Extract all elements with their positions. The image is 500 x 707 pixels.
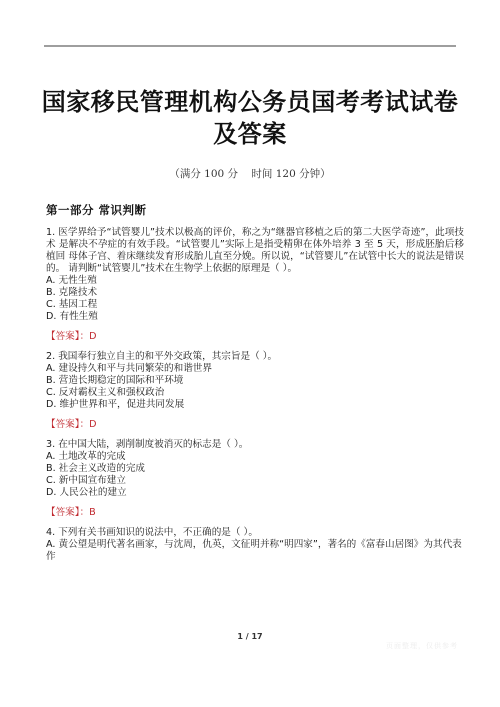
- answer-line: 【答案】：B: [46, 507, 464, 519]
- answer-value: D: [89, 331, 96, 342]
- option-c: C. 基因工程: [46, 299, 464, 311]
- option-a: A. 建设持久和平与共同繁荣的和谐世界: [46, 363, 464, 375]
- option-d: D. 维护世界和平，促进共同发展: [46, 399, 464, 411]
- answer-line: 【答案】：D: [46, 419, 464, 431]
- option-a: A. 土地改革的完成: [46, 451, 464, 463]
- question-stem: 2. 我国奉行独立自主的和平外交政策，其宗旨是（ ）。: [46, 351, 464, 363]
- question-4: 4. 下列有关书画知识的说法中，不正确的是（ ）。 A. 黄公望是明代著名画家，…: [46, 527, 464, 563]
- option-a: A. 黄公望是明代著名画家，与沈周，仇英，文征明并称“明四家”，著名的《富春山居…: [46, 539, 464, 563]
- option-d: D. 人民公社的建立: [46, 487, 464, 499]
- page-number: 1 / 17: [0, 632, 500, 641]
- answer-line: 【答案】：D: [46, 331, 464, 343]
- question-stem: 1. 医学界给予“试管婴儿”技术以极高的评价，称之为“继器官移植之后的第二大医学…: [46, 227, 464, 275]
- question-list: 1. 医学界给予“试管婴儿”技术以极高的评价，称之为“继器官移植之后的第二大医学…: [46, 227, 464, 563]
- option-b: B. 克隆技术: [46, 287, 464, 299]
- question-stem: 4. 下列有关书画知识的说法中，不正确的是（ ）。: [46, 527, 464, 539]
- option-d: D. 有性生殖: [46, 311, 464, 323]
- header-rule: [44, 45, 456, 47]
- question-2: 2. 我国奉行独立自主的和平外交政策，其宗旨是（ ）。 A. 建设持久和平与共同…: [46, 351, 464, 431]
- section-heading: 第一部分 常识判断: [46, 202, 147, 218]
- answer-label: 【答案】：: [46, 419, 89, 430]
- answer-label: 【答案】：: [46, 331, 89, 342]
- option-b: B. 社会主义改造的完成: [46, 463, 464, 475]
- question-1: 1. 医学界给予“试管婴儿”技术以极高的评价，称之为“继器官移植之后的第二大医学…: [46, 227, 464, 343]
- question-3: 3. 在中国大陆，剥削制度被消灭的标志是（ ）。 A. 土地改革的完成 B. 社…: [46, 439, 464, 519]
- watermark: 页面整理，仅供参考: [386, 641, 458, 651]
- option-b: B. 营造长期稳定的国际和平环境: [46, 375, 464, 387]
- question-stem: 3. 在中国大陆，剥削制度被消灭的标志是（ ）。: [46, 439, 464, 451]
- option-c: C. 新中国宣布建立: [46, 475, 464, 487]
- answer-label: 【答案】：: [46, 507, 89, 518]
- answer-value: D: [89, 419, 96, 430]
- exam-info: （满分 100 分 时间 120 分钟）: [0, 166, 500, 181]
- option-c: C. 反对霸权主义和强权政治: [46, 387, 464, 399]
- document-title: 国家移民管理机构公务员国考考试试卷及答案: [40, 86, 460, 150]
- answer-value: B: [89, 507, 96, 518]
- option-a: A. 无性生殖: [46, 275, 464, 287]
